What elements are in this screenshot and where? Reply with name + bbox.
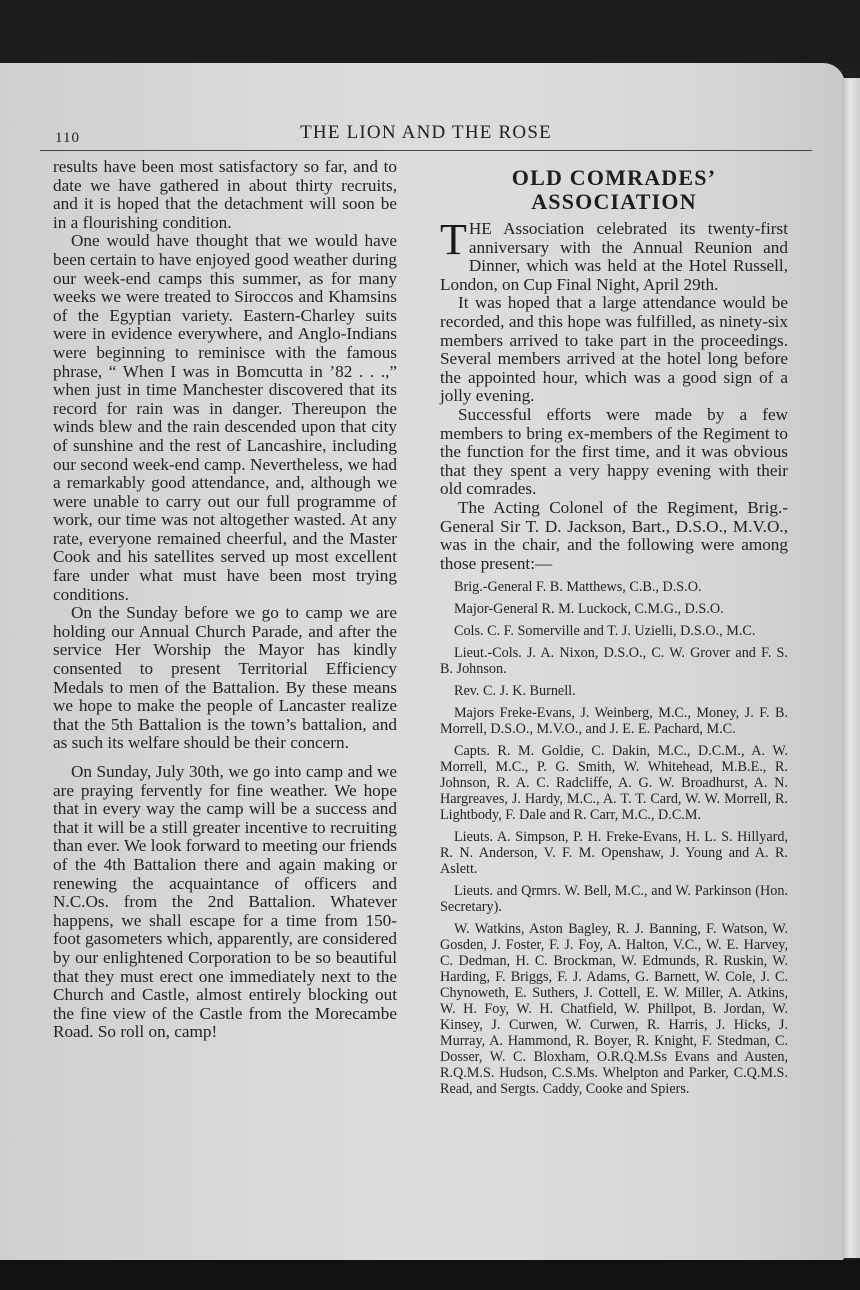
section-title-line: OLD COMRADES’ bbox=[440, 166, 788, 190]
attendee-entry: Major-General R. M. Luckock, C.M.G., D.S… bbox=[440, 601, 788, 617]
background-top bbox=[0, 0, 860, 64]
attendee-entry: Lieuts. and Qrmrs. W. Bell, M.C., and W.… bbox=[440, 883, 788, 915]
attendee-list: Brig.-General F. B. Matthews, C.B., D.S.… bbox=[440, 579, 788, 1097]
attendee-entry: Lieuts. A. Simpson, P. H. Freke-Evans, H… bbox=[440, 829, 788, 877]
opening-paragraph: THE Association celebrated its twenty-fi… bbox=[440, 220, 788, 294]
attendee-entry: W. Watkins, Aston Bagley, R. J. Banning,… bbox=[440, 921, 788, 1097]
paragraph: It was hoped that a large attendance wou… bbox=[440, 294, 788, 406]
attendee-entry: Capts. R. M. Goldie, C. Dakin, M.C., D.C… bbox=[440, 743, 788, 823]
paragraph: Successful efforts were made by a few me… bbox=[440, 406, 788, 499]
paragraph: results have been most satisfactory so f… bbox=[53, 158, 397, 232]
attendee-entry: Majors Freke-Evans, J. Weinberg, M.C., M… bbox=[440, 705, 788, 737]
section-title-line: ASSOCIATION bbox=[440, 190, 788, 214]
paragraph: On Sunday, July 30th, we go into camp an… bbox=[53, 763, 397, 1042]
attendee-entry: Rev. C. J. K. Burnell. bbox=[440, 683, 788, 699]
attendee-entry: Brig.-General F. B. Matthews, C.B., D.S.… bbox=[440, 579, 788, 595]
left-column: results have been most satisfactory so f… bbox=[53, 158, 397, 1042]
attendee-entry: Cols. C. F. Somerville and T. J. Uzielli… bbox=[440, 623, 788, 639]
running-title: THE LION AND THE ROSE bbox=[40, 122, 812, 144]
background-bottom bbox=[0, 1260, 860, 1290]
page-header: 110 THE LION AND THE ROSE bbox=[40, 122, 812, 151]
section-title: OLD COMRADES’ ASSOCIATION bbox=[440, 166, 788, 214]
opening-text: HE Association celebrated its twenty-fir… bbox=[440, 219, 788, 294]
paragraph: On the Sunday before we go to camp we ar… bbox=[53, 604, 397, 753]
attendee-entry: Lieut.-Cols. J. A. Nixon, D.S.O., C. W. … bbox=[440, 645, 788, 677]
drop-cap: T bbox=[440, 222, 467, 258]
paragraph: The Acting Colonel of the Regiment, Brig… bbox=[440, 499, 788, 573]
paragraph: One would have thought that we would hav… bbox=[53, 232, 397, 604]
right-column: OLD COMRADES’ ASSOCIATION THE Associatio… bbox=[440, 158, 788, 1103]
page-edge bbox=[842, 78, 860, 1258]
